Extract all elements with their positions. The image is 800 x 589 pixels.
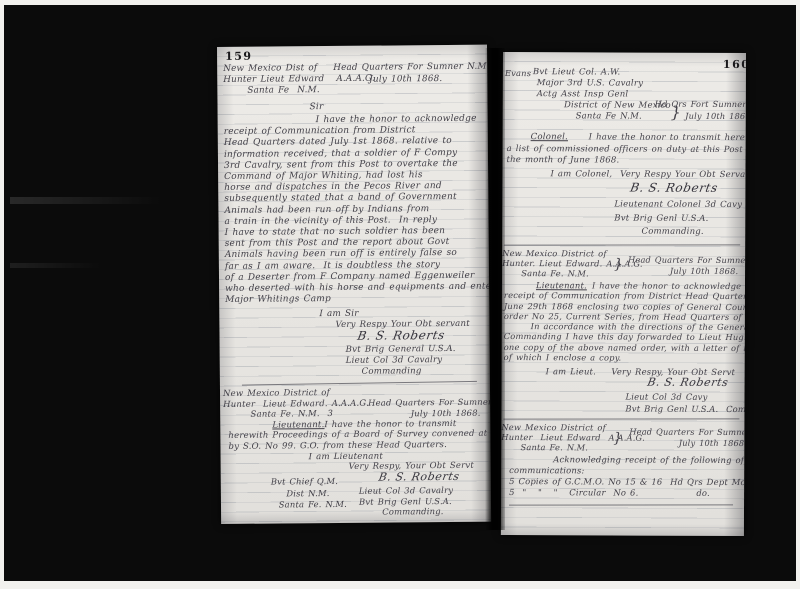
letter3-signature: B. S. Roberts <box>629 181 719 195</box>
scan-artifact-streak <box>10 263 100 268</box>
letter3-body: I have the honor to transmit herewith a … <box>507 132 746 168</box>
letter3-margin-word: Evans <box>505 68 531 78</box>
letter1-signature: B. S. Roberts <box>356 328 446 343</box>
letter4-body: I have the honor to acknowledge the rece… <box>504 280 746 364</box>
left-page: 159 New Mexico Dist of Hunter Lieut Edwa… <box>217 45 491 524</box>
letter5-addressee: New Mexico District of Hunter Lieut Edwa… <box>501 422 645 453</box>
letter2-closing-intro: I am Lieutenant <box>309 452 383 463</box>
right-page: 160 Evans Bvt Lieut Col. A.W. Major 3rd … <box>501 52 746 536</box>
letter3-closing-intro: I am Colonel, Very Respy Your Obt Servan… <box>550 169 746 180</box>
letter1-rank-lines: Bvt Brig General U.S.A. Lieut Col 3d Cav… <box>346 344 456 378</box>
letter2-addressee: New Mexico District of Hunter Lieut Edwa… <box>223 388 369 421</box>
scan-artifact-streak <box>10 197 160 204</box>
letter5-brace: } <box>613 430 622 446</box>
letter1-heading-date: Head Quarters For Sumner N.M. July 10th … <box>333 62 490 86</box>
letter3-rank-lines: Lieutenant Colonel 3d Cavy Bvt Brig Genl… <box>614 198 742 239</box>
book-gutter <box>485 48 505 530</box>
letter4-signature: B. S. Roberts <box>646 376 729 389</box>
letter3-addressee: Bvt Lieut Col. A.W. Major 3rd U.S. Caval… <box>533 67 671 123</box>
letter3-heading-date: Hd Qrs Fort Sumner N.M. July 10th 1868. <box>655 99 746 123</box>
letter4-heading-date: Head Quarters For Sumner N.M. July 10th … <box>628 255 746 277</box>
scanned-letterbook-spread: { "colors": { "ink": "#413f47", "paper":… <box>0 0 800 589</box>
letter4-rank-lines: Lieut Col 3d Cavy Bvt Brig Genl U.S.A. C… <box>625 392 746 416</box>
letter1-closing-intro: I am Sir <box>319 309 358 319</box>
letter2-body: I have the honor to transmit herewith Pr… <box>228 418 491 452</box>
page-number-right: 160 <box>723 58 746 71</box>
letter-separator-rule <box>242 381 477 386</box>
letter-separator-rule <box>504 244 740 245</box>
letter1-salutation: Sir <box>309 102 323 112</box>
letter2-signature: B. S. Roberts <box>378 470 461 484</box>
letter-separator-rule <box>509 504 733 505</box>
letter-separator-rule <box>503 418 739 419</box>
letter5-body: Acknowledging receipt of the following o… <box>509 454 746 499</box>
letter2-heading-date: Head Quarters For Sumner N.M. July 10th … <box>368 396 491 418</box>
page-number-left: 159 <box>225 50 253 63</box>
letter2-rank-lines: Lieut Col 3d Cavalry Bvt Brig Genl U.S.A… <box>359 485 454 517</box>
letter5-heading-date: Head Quarters For Sumner, N.M. July 10th… <box>629 427 746 449</box>
letter1-body: I have the honor to acknowledge receipt … <box>224 113 492 306</box>
letter4-brace: } <box>614 256 623 272</box>
letter2-reference-note: Bvt Chief Q.M. Dist N.M. Santa Fe. N.M. <box>271 476 347 511</box>
